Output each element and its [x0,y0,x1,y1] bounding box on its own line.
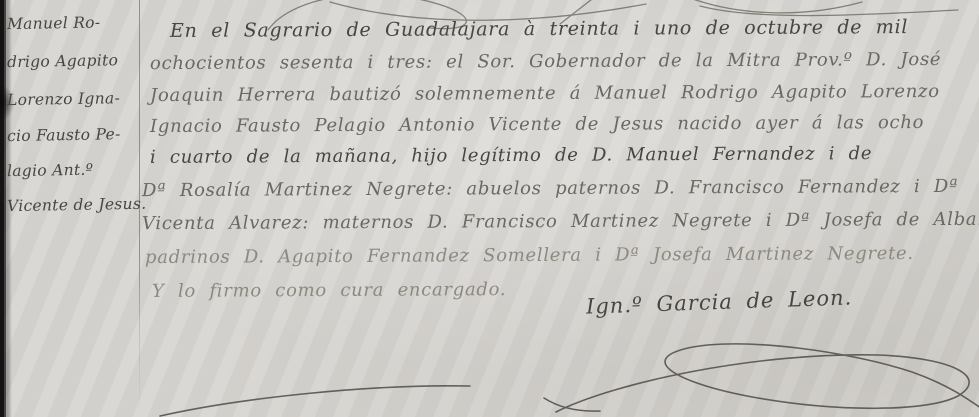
record-line: Joaquin Herrera bautizó solemnemente á M… [150,81,940,106]
margin-name-line: Vicente de Jesus. [7,195,139,215]
record-line: i cuarto de la mañana, hijo legítimo de … [150,143,872,168]
scanned-register-page: Manuel Ro- drigo Agapito Lorenzo Igna- c… [0,0,979,417]
record-line: Dª Rosalía Martinez Negrete: abuelos pat… [142,176,958,201]
record-line: En el Sagrario de Guadalajara à treinta … [170,16,908,42]
margin-name-line: cio Fausto Pe- [7,125,139,145]
record-line: Ignacio Fausto Pelagio Antonio Vicente d… [150,112,924,137]
record-line: ochocientos sesenta i tres: el Sor. Gobe… [150,49,941,74]
margin-name-line: Lorenzo Igna- [7,89,139,109]
margin-name-line: lagio Ant.º [7,160,139,180]
record-line: padrinos D. Agapito Fernandez Somellera … [145,243,914,268]
priest-signature: Ign.º Garcia de Leon. [586,285,853,318]
margin-name-line: drigo Agapito [7,51,139,71]
margin-name-line: Manuel Ro- [7,13,139,33]
record-line: Vicenta Alvarez: maternos D. Francisco M… [142,209,979,234]
record-line: Y lo firmo como cura encargado. [152,279,506,302]
